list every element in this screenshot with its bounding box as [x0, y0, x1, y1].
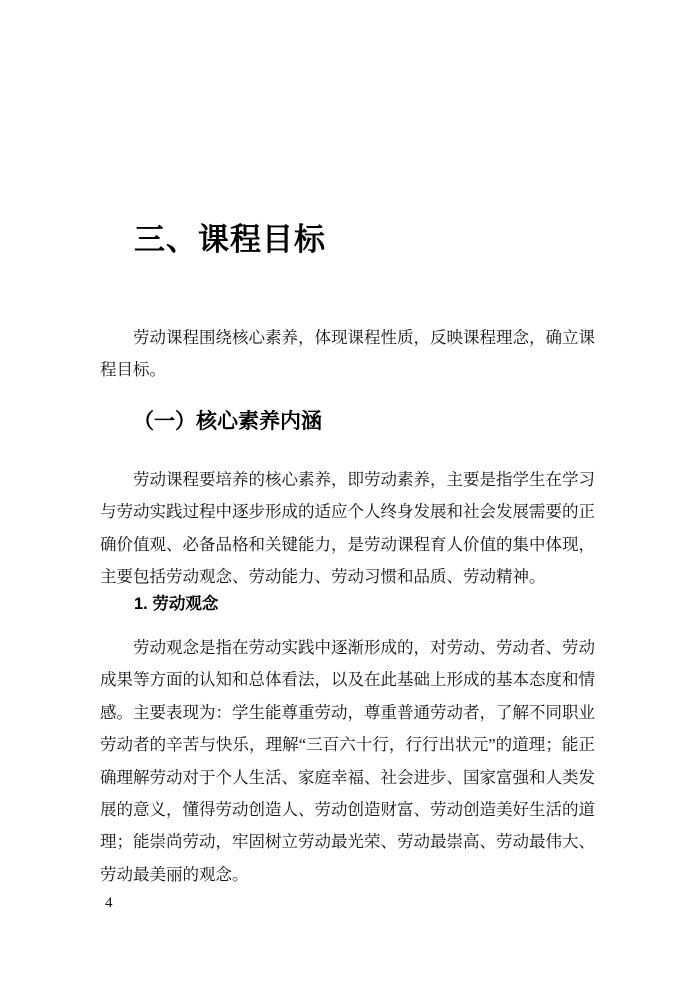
document-page: 三、课程目标 劳动课程围绕核心素养，体现课程性质，反映课程理念，确立课程目标。 …: [0, 0, 695, 982]
subsection-paragraph: 劳动观念是指在劳动实践中逐渐形成的，对劳动、劳动者、劳动成果等方面的认知和总体看…: [100, 632, 595, 891]
subsection-heading: 1. 劳动观念: [134, 594, 218, 614]
intro-paragraph: 劳动课程围绕核心素养，体现课程性质，反映课程理念，确立课程目标。: [100, 322, 595, 387]
section-heading: （一）核心素养内涵: [133, 408, 322, 435]
chapter-heading: 三、课程目标: [134, 222, 326, 257]
section-paragraph: 劳动课程要培养的核心素养，即劳动素养，主要是指学生在学习与劳动实践过程中逐步形成…: [100, 464, 595, 594]
page-number: 4: [105, 893, 113, 913]
